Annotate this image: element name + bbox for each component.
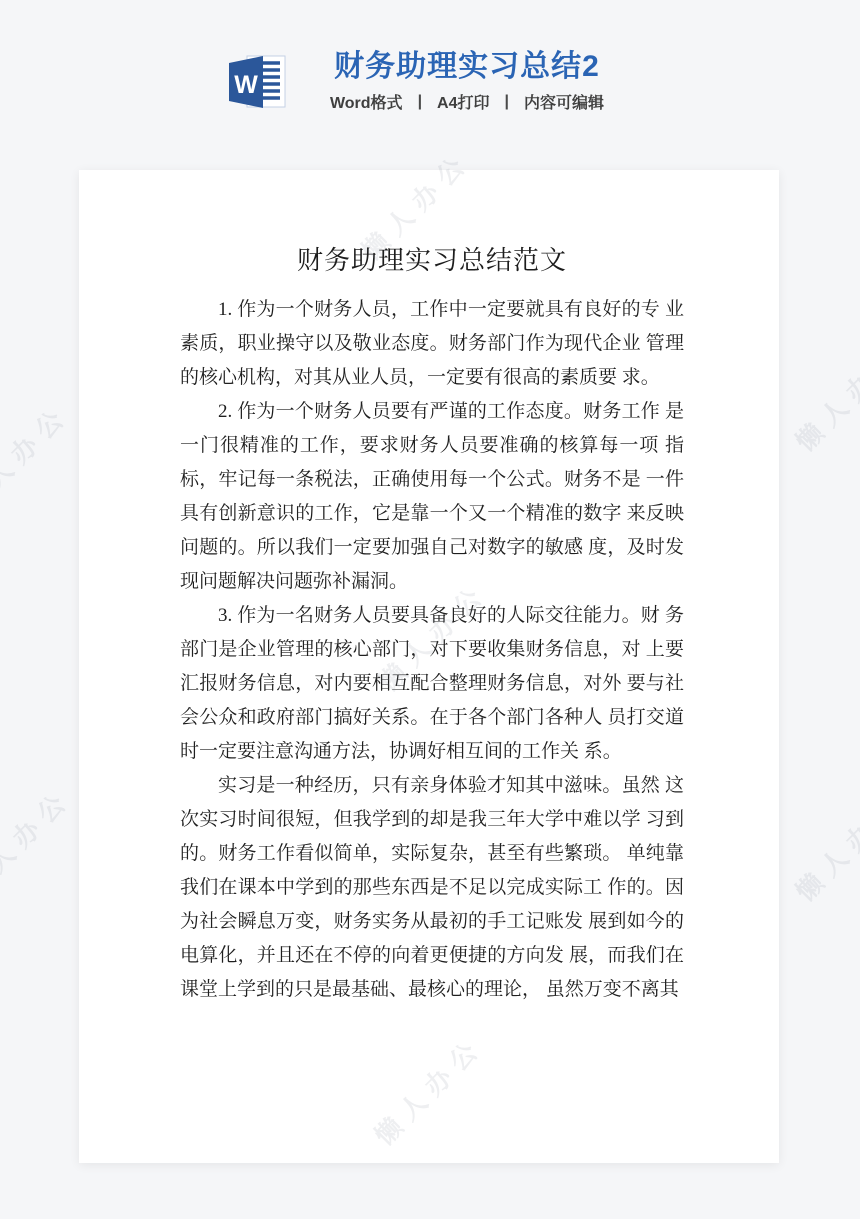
document-body: 1. 作为一个财务人员，工作中一定要就具有良好的专 业素质，职业操守以及敬业态度… — [180, 293, 684, 1007]
word-icon: W — [226, 53, 288, 111]
header-text: 财务助理实习总结2 Word格式 | A4打印 | 内容可编辑 — [330, 50, 604, 113]
paragraph-3: 3. 作为一名财务人员要具备良好的人际交往能力。财 务部门是企业管理的核心部门，… — [180, 599, 684, 769]
document-title: 财务助理实习总结范文 — [180, 240, 684, 277]
meta-print: A4打印 — [437, 90, 489, 113]
meta-editable: 内容可编辑 — [524, 90, 604, 113]
meta-separator: | — [418, 93, 422, 111]
doc-meta: Word格式 | A4打印 | 内容可编辑 — [330, 90, 604, 113]
meta-separator: | — [505, 93, 509, 111]
watermark-text: 懒人办公 — [786, 333, 860, 458]
meta-format: Word格式 — [330, 90, 403, 113]
paragraph-2: 2. 作为一个财务人员要有严谨的工作态度。财务工作 是一门很精准的工作，要求财务… — [180, 395, 684, 599]
watermark-text: 懒人办公 — [0, 395, 77, 520]
watermark-text: 懒人办公 — [786, 783, 860, 908]
document-page: 财务助理实习总结范文 1. 作为一个财务人员，工作中一定要就具有良好的专 业素质… — [79, 170, 779, 1163]
word-icon-letter: W — [234, 71, 258, 99]
doc-header: W 财务助理实习总结2 Word格式 | A4打印 | 内容可编辑 — [0, 50, 830, 113]
page-title: 财务助理实习总结2 — [334, 50, 600, 83]
paragraph-1: 1. 作为一个财务人员，工作中一定要就具有良好的专 业素质，职业操守以及敬业态度… — [180, 293, 684, 395]
paragraph-4: 实习是一种经历，只有亲身体验才知其中滋味。虽然 这次实习时间很短，但我学到的却是… — [180, 769, 684, 1007]
watermark-text: 懒人办公 — [0, 779, 79, 904]
